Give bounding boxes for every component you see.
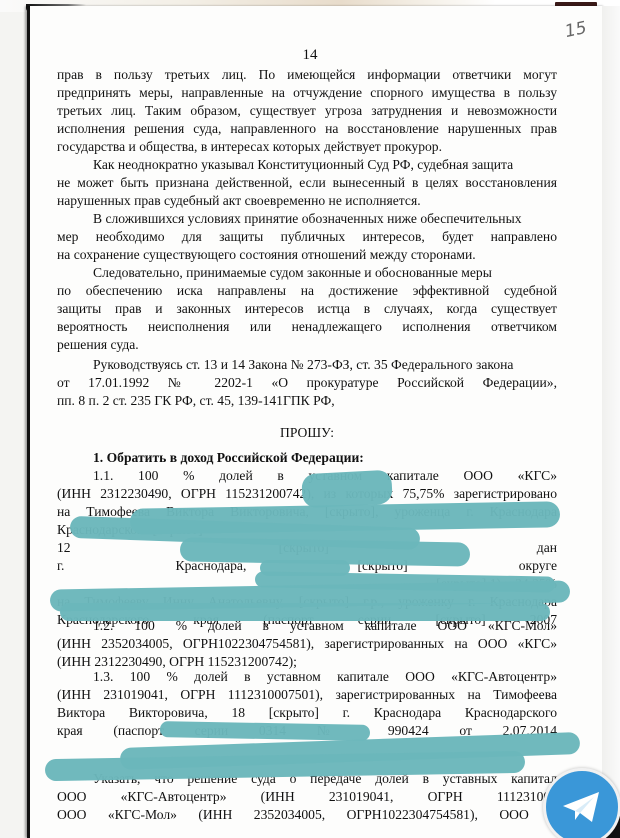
page-number: 14	[0, 47, 620, 64]
text-line: на сохранение существующего состояния от…	[57, 246, 557, 264]
paragraph-legal-basis: Руководствуясь ст. 13 и 14 Закона № 273-…	[57, 356, 557, 410]
text-line: государства и общества, в интересах кото…	[57, 138, 557, 156]
text-line: (ИНН 231019041, ОГРН 1112310007501), зар…	[57, 686, 557, 704]
item-1-2: 1.2. 100 % долей в уставном капитале ООО…	[57, 617, 557, 671]
text-line: прав в пользу третьих лиц. По имеющейся …	[57, 66, 557, 84]
redaction-mark	[301, 470, 393, 509]
paragraph-threat: прав в пользу третьих лиц. По имеющейся …	[57, 66, 557, 354]
telegram-badge[interactable]	[543, 768, 620, 838]
heading-proshu: ПРОШУ:	[57, 424, 557, 442]
text-line: по обеспечению иска направлены на достиж…	[57, 282, 557, 300]
text-line: Руководствуясь ст. 13 и 14 Закона № 273-…	[57, 356, 557, 374]
text-line: третьих лиц. Таким образом, существует у…	[57, 102, 557, 120]
text-line: предпринять меры, направленные на отчужд…	[57, 84, 557, 102]
text-line: не может быть признана действенной, если…	[57, 174, 557, 192]
text-line: от 17.01.1992 № 2202-1 «О прокуратуре Ро…	[57, 374, 557, 392]
item-title: 1. Обратить в доход Российской Федерации…	[57, 449, 557, 467]
text-line: 1.3. 100 % долей в уставном капитале ООО…	[57, 668, 557, 686]
text-line: пп. 8 п. 2 ст. 235 ГК РФ, ст. 45, 139-14…	[57, 392, 557, 410]
text-line: мер необходимо для защиты публичных инте…	[57, 228, 557, 246]
text-line: В сложившихся условиях принятие обозначе…	[57, 210, 557, 228]
text-line: вероятность неисполнения или ненадлежаще…	[57, 318, 557, 336]
text-line: нарушенных прав судебный акт своевременн…	[57, 192, 557, 210]
section-heading: ПРОШУ:	[57, 424, 557, 442]
text-line: Виктора Викторовича, 18 [скрыто] г. Крас…	[57, 704, 557, 722]
text-line: (ИНН 2352034005, ОГРН1022304754581), зар…	[57, 635, 557, 653]
redaction-mark	[60, 603, 550, 621]
text-line: защиты прав и законных интересов истца в…	[57, 300, 557, 318]
text-line: решения суда.	[57, 336, 557, 354]
text-line: Следовательно, принимаемые судом законны…	[57, 264, 557, 282]
page-right-margin	[602, 6, 620, 838]
text-line: ООО «КГС-Автоцентр» (ИНН 231019041, ОГРН…	[57, 788, 557, 806]
text-line: Как неоднократно указывал Конституционны…	[57, 156, 557, 174]
text-line: исполнения решения суда, направленного н…	[57, 120, 557, 138]
telegram-icon	[561, 790, 601, 824]
text-line: ООО «КГС-Мол» (ИНН 2352034005, ОГРН10223…	[57, 806, 557, 824]
